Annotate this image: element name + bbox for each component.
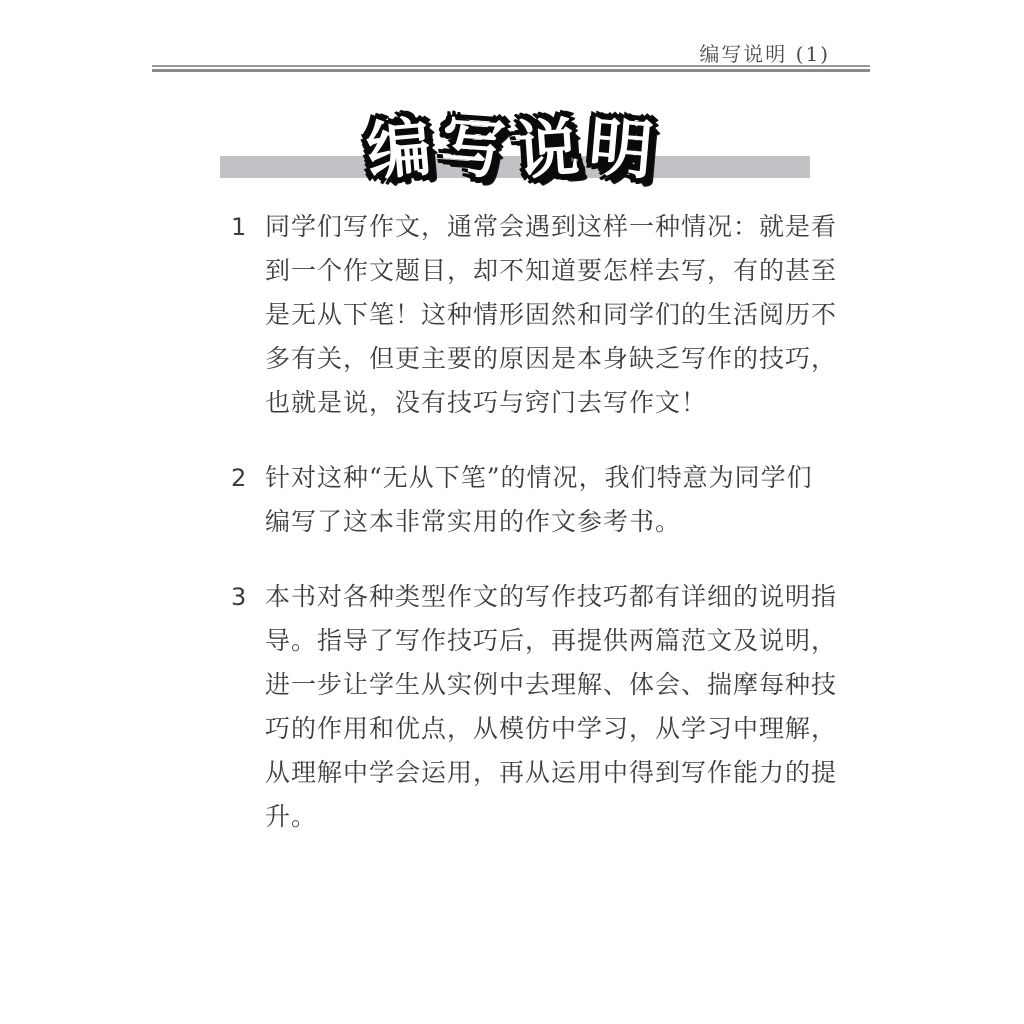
paragraph: 3本书对各种类型作文的写作技巧都有详细的说明指导。指导了写作技巧后，再提供两篇范…	[231, 575, 821, 839]
title-char: 明	[586, 115, 665, 185]
paragraph: 1同学们写作文，通常会遇到这样一种情况：就是看到一个作文题目，却不知道要怎样去写…	[231, 205, 821, 425]
text-line: 巧的作用和优点，从模仿中学习，从学习中理解，	[265, 707, 837, 751]
paragraph: 2针对这种“无从下笔”的情况，我们特意为同学们编写了这本非常实用的作文参考书。	[231, 456, 821, 544]
paragraph-text: 本书对各种类型作文的写作技巧都有详细的说明指导。指导了写作技巧后，再提供两篇范文…	[265, 575, 837, 839]
text-line: 多有关，但更主要的原因是本身缺乏写作的技巧，	[265, 337, 837, 381]
title-char: 编	[364, 115, 443, 185]
text-line: 是无从下笔！这种情形固然和同学们的生活阅历不	[265, 293, 837, 337]
text-line: 从理解中学会运用，再从运用中得到写作能力的提	[265, 751, 837, 795]
text-line: 导。指导了写作技巧后，再提供两篇范文及说明，	[265, 619, 837, 663]
paragraph-text: 针对这种“无从下笔”的情况，我们特意为同学们编写了这本非常实用的作文参考书。	[265, 456, 821, 544]
text-line: 也就是说，没有技巧与窍门去写作文！	[265, 381, 837, 425]
running-head: 编写说明 (1)	[699, 38, 830, 67]
header-rule	[152, 65, 870, 72]
text-line: 到一个作文题目，却不知道要怎样去写，有的甚至	[265, 249, 837, 293]
chapter-title-banner: 编写说明	[220, 90, 810, 178]
paragraph-number: 1	[231, 205, 265, 425]
text-line: 升。	[265, 795, 837, 839]
book-page: 编写说明 (1) 编写说明 1同学们写作文，通常会遇到这样一种情况：就是看到一个…	[0, 0, 1024, 1024]
paragraph-number: 2	[231, 456, 265, 544]
text-line: 同学们写作文，通常会遇到这样一种情况：就是看	[265, 205, 837, 249]
text-line: 进一步让学生从实例中去理解、体会、揣摩每种技	[265, 663, 837, 707]
text-line: 编写了这本非常实用的作文参考书。	[265, 500, 821, 544]
text-line: 针对这种“无从下笔”的情况，我们特意为同学们	[265, 456, 821, 500]
paragraph-number: 3	[231, 575, 265, 839]
title-char: 写	[439, 115, 517, 184]
title-char: 说	[513, 115, 591, 184]
page-title: 编写说明	[220, 118, 810, 182]
text-line: 本书对各种类型作文的写作技巧都有详细的说明指	[265, 575, 837, 619]
paragraph-text: 同学们写作文，通常会遇到这样一种情况：就是看到一个作文题目，却不知道要怎样去写，…	[265, 205, 837, 425]
body-paragraphs: 1同学们写作文，通常会遇到这样一种情况：就是看到一个作文题目，却不知道要怎样去写…	[231, 205, 821, 870]
